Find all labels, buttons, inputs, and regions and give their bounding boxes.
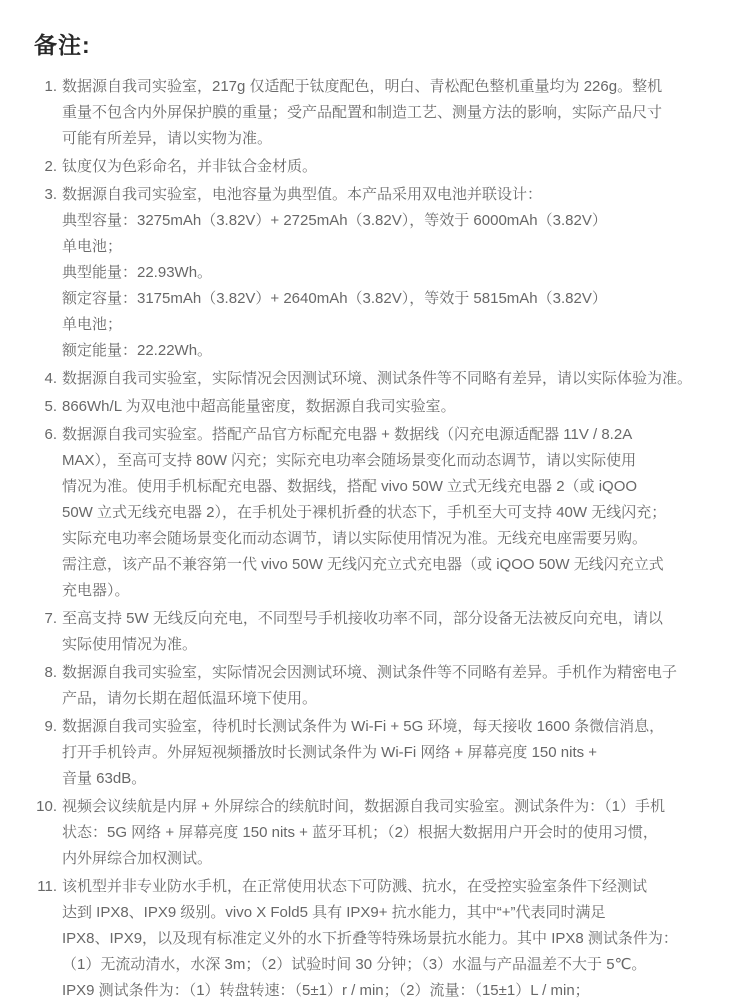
note-number: 2. — [32, 154, 62, 180]
note-number: 3. — [32, 182, 62, 208]
note-item-4: 4.数据源自我司实验室，实际情况会因测试环境、测试条件等不同略有差异，请以实际体… — [32, 366, 742, 392]
note-number: 7. — [32, 606, 62, 632]
note-number: 10. — [32, 794, 62, 820]
note-item-10: 10.视频会议续航是内屏 + 外屏综合的续航时间，数据源自我司实验室。测试条件为… — [32, 794, 742, 872]
note-number: 6. — [32, 422, 62, 448]
note-text: 866Wh/L 为双电池中超高能量密度，数据源自我司实验室。 — [62, 394, 744, 420]
note-item-9: 9.数据源自我司实验室，待机时长测试条件为 Wi-Fi + 5G 环境，每天接收… — [32, 714, 742, 792]
note-text: 该机型并非专业防水手机，在正常使用状态下可防溅、抗水，在受控实验室条件下经测试 … — [62, 874, 744, 1000]
note-number: 5. — [32, 394, 62, 420]
note-text: 数据源自我司实验室，待机时长测试条件为 Wi-Fi + 5G 环境，每天接收 1… — [62, 714, 744, 792]
note-text: 视频会议续航是内屏 + 外屏综合的续航时间，数据源自我司实验室。测试条件为：（1… — [62, 794, 744, 872]
note-item-7: 7.至高支持 5W 无线反向充电，不同型号手机接收功率不同，部分设备无法被反向充… — [32, 606, 742, 658]
note-number: 1. — [32, 74, 62, 100]
note-number: 9. — [32, 714, 62, 740]
note-text: 数据源自我司实验室，电池容量为典型值。本产品采用双电池并联设计： 典型容量：32… — [62, 182, 744, 364]
note-number: 8. — [32, 660, 62, 686]
notes-list: 1.数据源自我司实验室，217g 仅适配于钛度配色，明白、青松配色整机重量均为 … — [32, 74, 742, 1000]
note-item-2: 2.钛度仅为色彩命名，并非钛合金材质。 — [32, 154, 742, 180]
note-text: 数据源自我司实验室，实际情况会因测试环境、测试条件等不同略有差异，请以实际体验为… — [62, 366, 744, 392]
note-text: 数据源自我司实验室，217g 仅适配于钛度配色，明白、青松配色整机重量均为 22… — [62, 74, 744, 152]
note-item-3: 3.数据源自我司实验室，电池容量为典型值。本产品采用双电池并联设计： 典型容量：… — [32, 182, 742, 364]
note-item-8: 8.数据源自我司实验室，实际情况会因测试环境、测试条件等不同略有差异。手机作为精… — [32, 660, 742, 712]
note-text: 数据源自我司实验室。搭配产品官方标配充电器 + 数据线（闪充电源适配器 11V … — [62, 422, 744, 604]
note-item-1: 1.数据源自我司实验室，217g 仅适配于钛度配色，明白、青松配色整机重量均为 … — [32, 74, 742, 152]
page-title: 备注: — [34, 30, 742, 60]
note-text: 数据源自我司实验室，实际情况会因测试环境、测试条件等不同略有差异。手机作为精密电… — [62, 660, 744, 712]
note-item-11: 11.该机型并非专业防水手机，在正常使用状态下可防溅、抗水，在受控实验室条件下经… — [32, 874, 742, 1000]
note-number: 4. — [32, 366, 62, 392]
remarks-page: 备注: 1.数据源自我司实验室，217g 仅适配于钛度配色，明白、青松配色整机重… — [0, 0, 750, 1000]
note-item-5: 5.866Wh/L 为双电池中超高能量密度，数据源自我司实验室。 — [32, 394, 742, 420]
note-item-6: 6.数据源自我司实验室。搭配产品官方标配充电器 + 数据线（闪充电源适配器 11… — [32, 422, 742, 604]
note-number: 11. — [32, 874, 62, 900]
note-text: 至高支持 5W 无线反向充电，不同型号手机接收功率不同，部分设备无法被反向充电，… — [62, 606, 744, 658]
note-text: 钛度仅为色彩命名，并非钛合金材质。 — [62, 154, 744, 180]
